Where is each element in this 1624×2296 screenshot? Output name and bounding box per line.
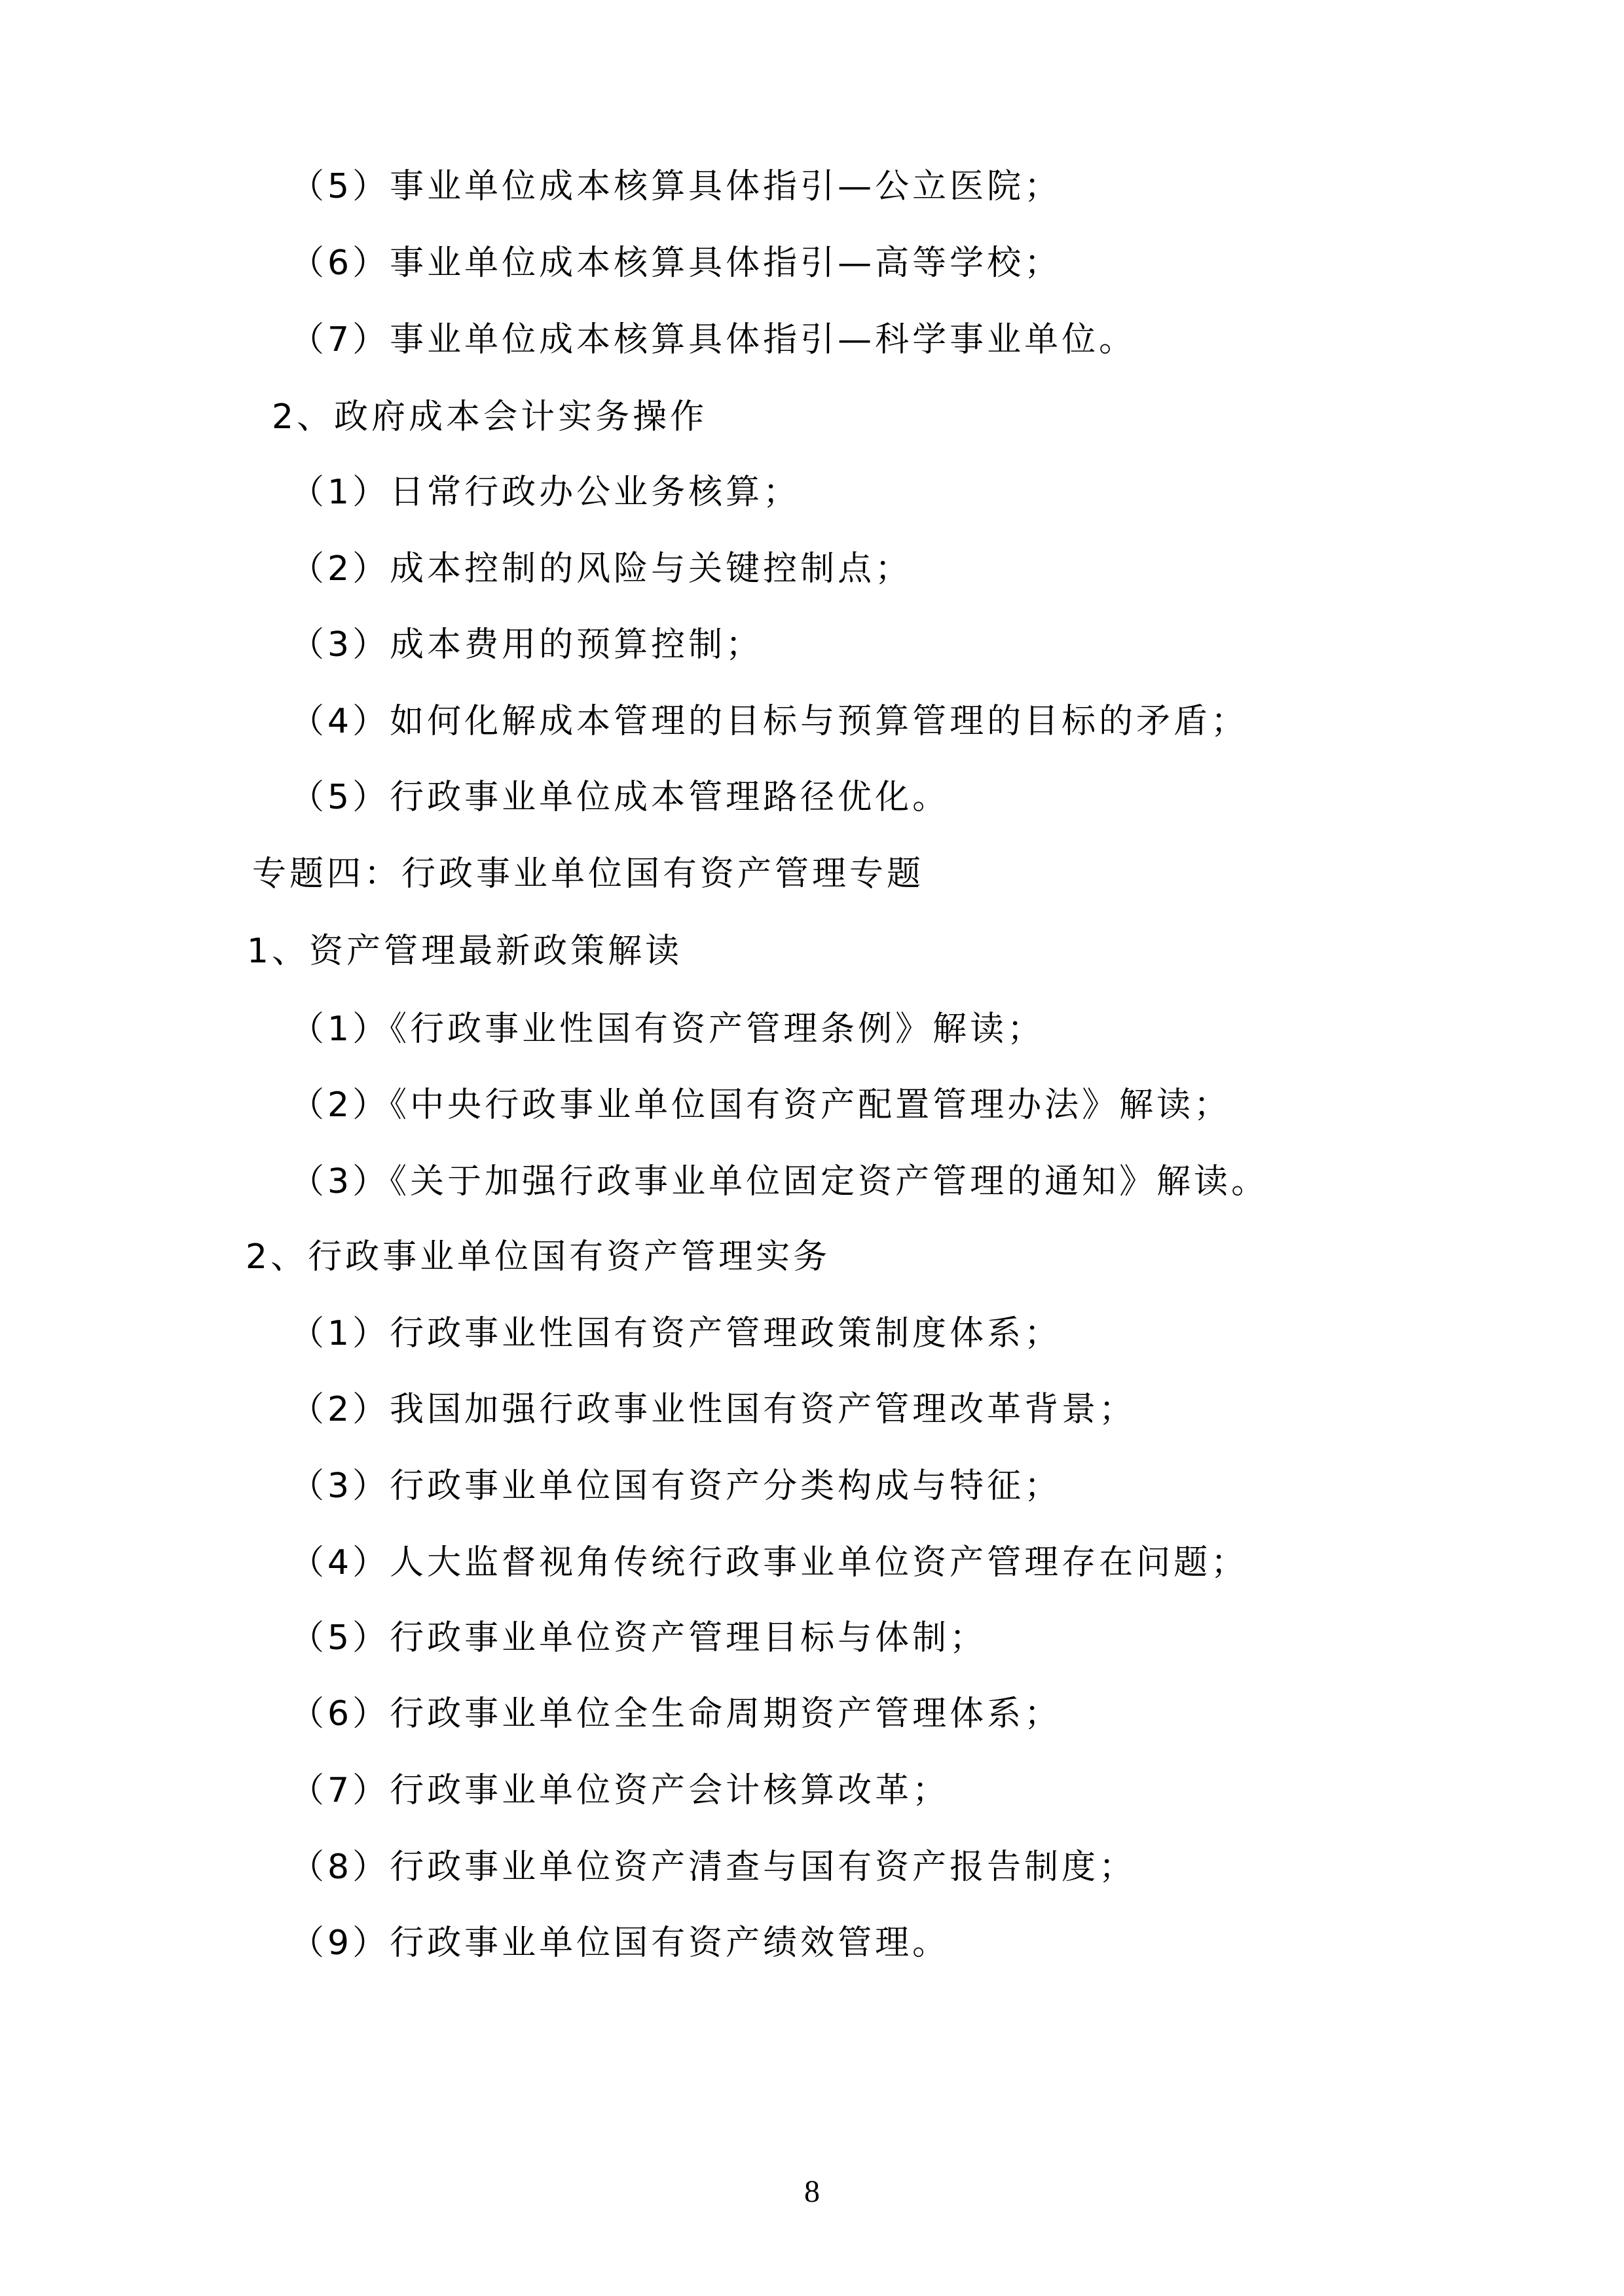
- list-item-cost-guide-science: （7）事业单位成本核算具体指引—科学事业单位。: [290, 317, 1136, 363]
- list-item: （5）行政事业单位资产管理目标与体制；: [290, 1615, 987, 1661]
- list-item: （1）《行政事业性国有资产管理条例》解读；: [290, 1006, 1044, 1052]
- list-item: （8）行政事业单位资产清查与国有资产报告制度；: [290, 1844, 1136, 1890]
- document-page: （5）事业单位成本核算具体指引—公立医院； （6）事业单位成本核算具体指引—高等…: [0, 0, 1624, 2296]
- list-item: （7）行政事业单位资产会计核算改革；: [290, 1768, 950, 1813]
- list-item: （2）成本控制的风险与关键控制点；: [290, 546, 912, 592]
- list-item: （2）我国加强行政事业性国有资产管理改革背景；: [290, 1387, 1136, 1432]
- list-item: （4）如何化解成本管理的目标与预算管理的目标的矛盾；: [290, 699, 1248, 744]
- list-item: （1）日常行政办公业务核算；: [290, 469, 800, 515]
- list-item: （3）行政事业单位国有资产分类构成与特征；: [290, 1463, 1061, 1509]
- list-item: （9）行政事业单位国有资产绩效管理。: [290, 1920, 950, 1966]
- page-number: 8: [0, 2172, 1624, 2212]
- list-item: （2）《中央行政事业单位国有资产配置管理办法》解读；: [290, 1082, 1231, 1128]
- list-item: （4）人大监督视角传统行政事业单位资产管理存在问题；: [290, 1540, 1248, 1586]
- subheading-cost-accounting-practice: 2、政府成本会计实务操作: [272, 394, 707, 440]
- list-item: （6）行政事业单位全生命周期资产管理体系；: [290, 1691, 1061, 1737]
- list-item: （5）行政事业单位成本管理路径优化。: [290, 774, 950, 820]
- list-item: （1）行政事业性国有资产管理政策制度体系；: [290, 1311, 1061, 1357]
- list-item: （3）成本费用的预算控制；: [290, 622, 763, 668]
- subheading-asset-practice: 2、行政事业单位国有资产管理实务: [246, 1234, 830, 1280]
- list-item-cost-guide-hospital: （5）事业单位成本核算具体指引—公立医院；: [290, 164, 1061, 210]
- subheading-asset-policy: 1、资产管理最新政策解读: [247, 928, 682, 974]
- list-item: （3）《关于加强行政事业单位固定资产管理的通知》解读。: [290, 1159, 1268, 1205]
- list-item-cost-guide-university: （6）事业单位成本核算具体指引—高等学校；: [290, 240, 1061, 286]
- topic-heading-asset-management: 专题四：行政事业单位国有资产管理专题: [252, 851, 924, 897]
